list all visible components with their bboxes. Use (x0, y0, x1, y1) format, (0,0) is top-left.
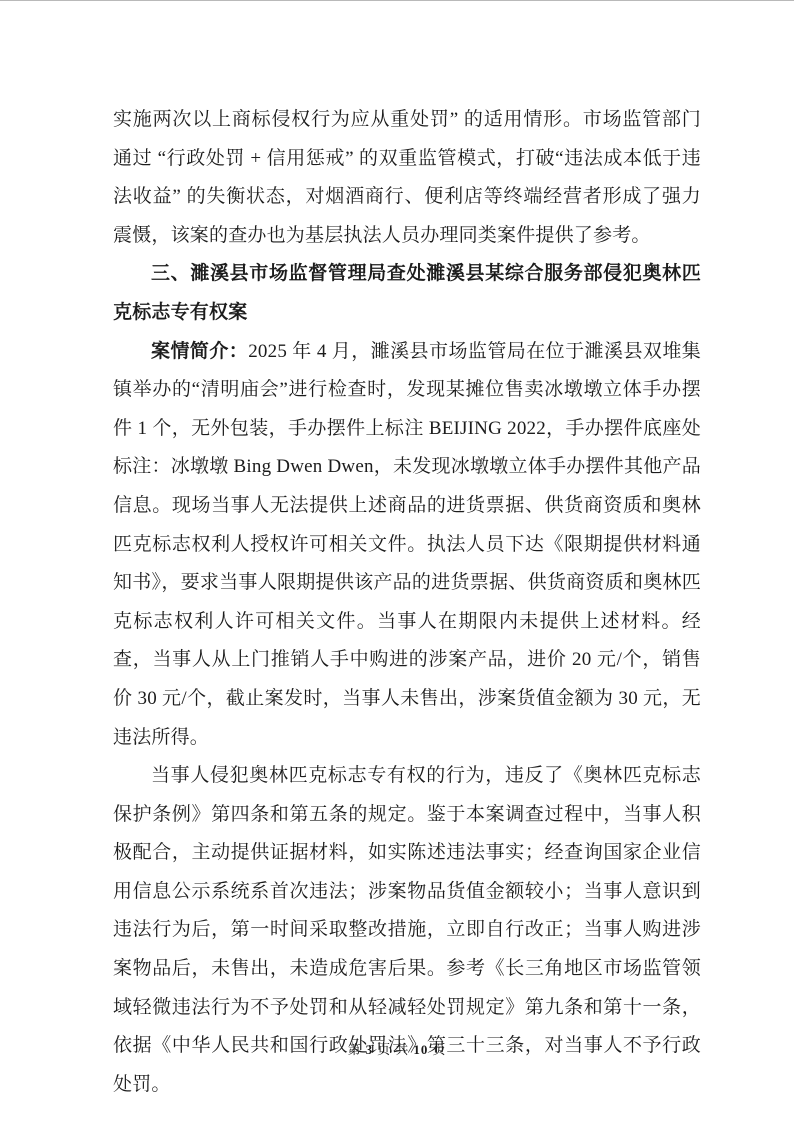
section-heading: 三、濉溪县市场监督管理局查处濉溪县某综合服务部侵犯奥林匹克标志专有权案 (113, 255, 701, 332)
paragraph-case-brief-run-1: 2025 年 4 月，濉溪县市场监管局在位于濉溪县双堆集镇举办的“清明庙会”进行… (113, 341, 701, 748)
page-footer: 第3页 共10页 (0, 1041, 794, 1059)
footer-current-page: 3 (366, 1042, 374, 1057)
document-page: 实施两次以上商标侵权行为应从重处罚” 的适用情形。市场监管部门通过 “行政处罚 … (0, 0, 794, 1122)
footer-label-page: 第 (348, 1042, 362, 1057)
footer-label-pages: 页 (432, 1042, 446, 1057)
paragraph-continuation: 实施两次以上商标侵权行为应从重处罚” 的适用情形。市场监管部门通过 “行政处罚 … (113, 101, 701, 255)
section-heading-run-0: 三、濉溪县市场监督管理局查处濉溪县某综合服务部侵犯奥林匹克标志专有权案 (113, 263, 701, 323)
document-body: 实施两次以上商标侵权行为应从重处罚” 的适用情形。市场监管部门通过 “行政处罚 … (113, 101, 701, 1104)
footer-total-pages: 10 (413, 1042, 428, 1057)
paragraph-case-brief: 案情简介：2025 年 4 月，濉溪县市场监管局在位于濉溪县双堆集镇举办的“清明… (113, 333, 701, 758)
paragraph-continuation-run-0: 实施两次以上商标侵权行为应从重处罚” 的适用情形。市场监管部门通过 “行政处罚 … (113, 109, 701, 246)
paragraph-case-brief-run-0: 案情简介： (151, 341, 248, 362)
footer-label-of: 页 共 (377, 1042, 409, 1057)
